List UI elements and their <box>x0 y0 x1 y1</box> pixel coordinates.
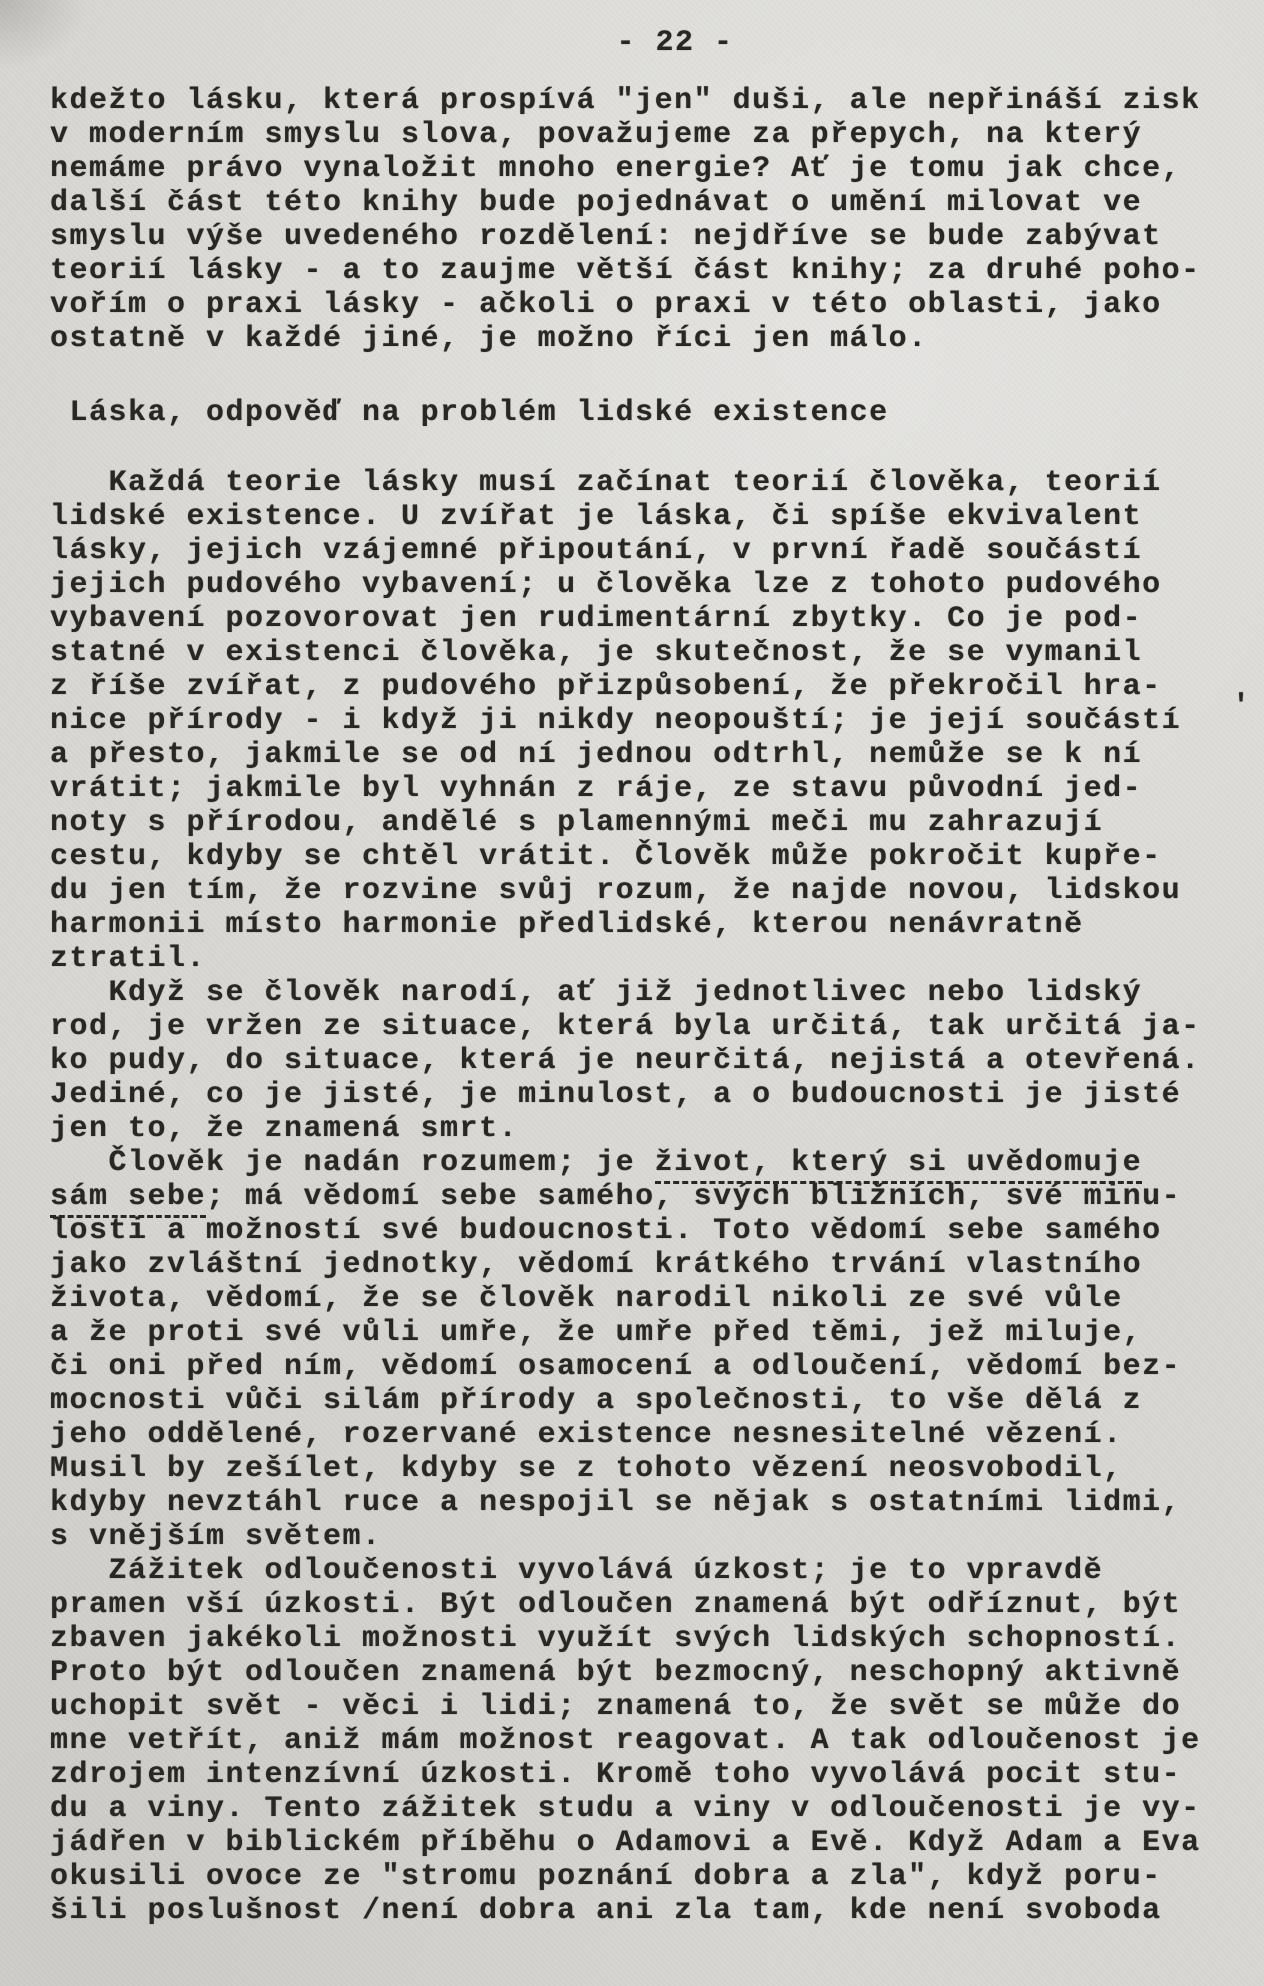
para4-rest-text: ; má vědomí sebe samého, svých bližních,… <box>50 1180 1181 1554</box>
underlined-phrase-life-aware: život, který si uvědomuje <box>655 1146 1143 1184</box>
para4-lead-text: Člověk je nadán rozumem; je <box>50 1146 655 1180</box>
paragraph-self-awareness: Člověk je nadán rozumem; je život, který… <box>50 1146 1264 1554</box>
document-page: - 22 - kdežto lásku, která prospívá "jen… <box>0 0 1264 1928</box>
scan-artifact-mark: ' <box>1232 690 1250 724</box>
page-number: - 22 - <box>68 26 1264 60</box>
intro-paragraph: kdežto lásku, která prospívá "jen" duši,… <box>50 84 1264 356</box>
underlined-phrase-itself: sám sebe <box>50 1180 206 1218</box>
paragraph-birth-situation: Když se člověk narodí, ať již jednotlive… <box>50 976 1264 1146</box>
paragraph-theory-of-love: Každá teorie lásky musí začínat teorií č… <box>50 466 1264 976</box>
section-heading: Láska, odpověď na problém lidské existen… <box>50 396 1264 430</box>
paragraph-separateness-anxiety: Zážitek odloučenosti vyvolává úzkost; je… <box>50 1554 1264 1928</box>
